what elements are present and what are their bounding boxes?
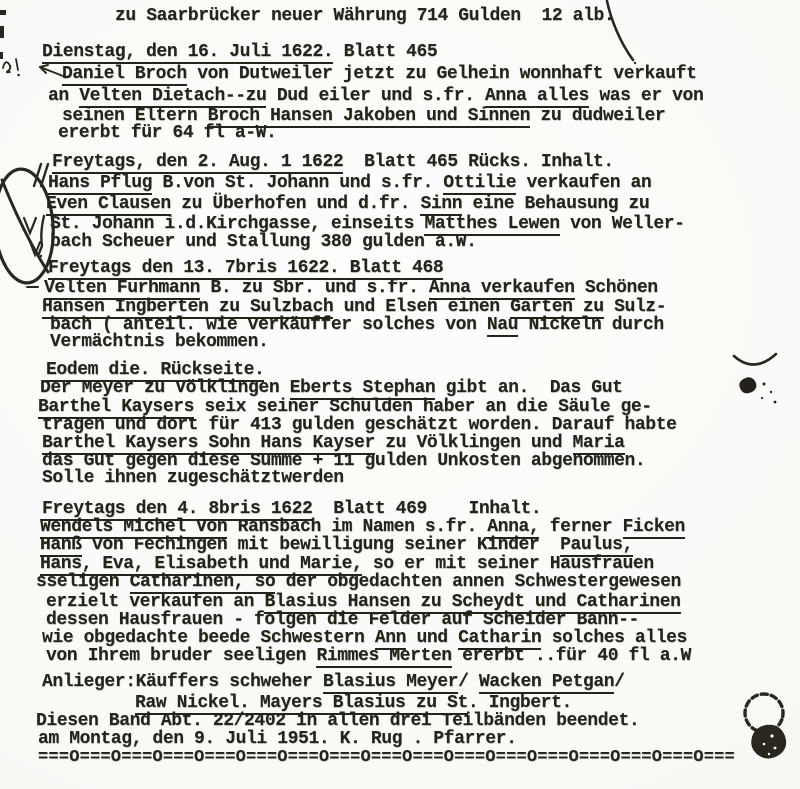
check-mark-icon [22,216,38,236]
text-line: Freytags den 13. 7bris 1622. Blatt 468 [48,258,443,280]
underlined-text: Hans Pflug [48,173,152,195]
text: Schönen [575,278,658,298]
text-line: Even Clausen zu Überhofen und d.fr. Sinn… [46,194,649,216]
text: Blatt 469 Inhalt. [312,499,541,519]
underlined-text: Freytags den 13. 7bris 1622. Blatt 468 [48,258,443,280]
underlined-text: Velten Dietach--zu [79,86,266,108]
text: wie obgedachte beede Schwestern [42,628,375,648]
text-line: Solle ihnen zugeschätztwerden [42,468,344,488]
text: von Ihrem bruder seeligen [46,646,316,666]
curved-pen-mark-icon [728,348,790,412]
text: der obgedachten annen Schwestergewesen [275,572,681,592]
text: ererbt ..für 40 fl a.W [452,646,691,666]
text: Blatt 465 Rücks. Inhalt. [343,152,613,172]
text: so er mit seiner Hausfrauen [362,554,653,574]
text: Nickeln durch [518,315,664,335]
underlined-text: Dienstag, den 16. Juli 1622. [42,42,333,64]
text: erzielt verkaufen an [46,592,264,612]
text: von Fechingen mit bewilligung seiner Kin… [82,535,560,555]
text-line: Vermächtnis bekommen. [50,332,268,352]
text-line: dessen Hausfrauen - folgen die Felder au… [46,610,639,630]
text: am Montag, den 9. Juli 1951. K. Rug . Pf… [38,729,516,749]
text: zu Saarbrücker neuer Währung 714 Gulden … [115,6,614,26]
text: B. zu Sbr. und s.fr. [200,278,429,298]
separator-line: ===O===O===O===O===O===O===O===O===O===O… [38,748,735,768]
text: ererbt für 64 fl a-W. [58,123,276,143]
text: und Elsen einen [333,297,510,317]
text-line: Hans Pflug B.von St. Johann und s.fr. Ot… [48,173,651,195]
left-edge-marks-icon [0,8,10,68]
text: B.von St. Johann und s.fr. [152,173,443,193]
text: ferner [539,517,622,537]
text: Der Meyer zu Völklingen [40,378,290,398]
underlined-text: Anna alles [485,86,589,108]
underlined-text: Rimmes Merten [316,646,451,668]
text-line: ererbt für 64 fl a-W. [58,123,276,143]
text: / [458,672,479,692]
text: und [406,628,458,648]
text-line: Dienstag, den 16. Juli 1622. Blatt 465 [42,42,437,64]
text: Diesen Band Abt. 22/2402 in allen drei T… [36,711,639,731]
text: Dud eiler und s.fr. [266,86,484,106]
text-line: Diesen Band Abt. 22/2402 in allen drei T… [36,711,639,731]
text-line: sseligen Catharinen, so der obgedachten … [36,572,681,594]
underlined-text: Nau [487,315,518,337]
text-line: bach Scheuer und Stallung 380 gulden a.W… [50,232,476,252]
text: solches alles [541,628,687,648]
text: zu Völklingen und [375,433,573,453]
text: gibt an. Das Gut [435,378,622,398]
text-line: zu Saarbrücker neuer Währung 714 Gulden … [115,6,614,26]
scanned-document-page: zu Saarbrücker neuer Währung 714 Gulden … [0,0,800,789]
underlined-text: Daniel Broch [62,64,187,86]
text-line: tragen und dort für 413 gulden geschätzt… [42,415,677,435]
underlined-text: Even Clausen [46,194,171,216]
text: von Dutweiler jetzt zu Gelhein wonnhaft … [187,64,697,84]
text: verkaufen an [516,173,651,193]
text-line: Freytags, den 2. Aug. 1 1622 Blatt 465 R… [52,152,614,174]
text-line: am Montag, den 9. Juli 1951. K. Rug . Pf… [38,729,516,749]
ink-blot-large-icon [744,722,792,770]
check-mark-icon [28,240,42,258]
text: sseligen [36,572,130,592]
text: zu dudweiler [530,106,665,126]
text: Sulz- [604,297,666,317]
text: / [614,672,624,692]
text-line: an Velten Dietach--zu Dud eiler und s.fr… [48,86,703,108]
text: Ransbach im Namen s.fr. [227,517,487,537]
text: an [48,86,79,106]
ink-blot-small [739,377,756,393]
text-line: von Ihrem bruder seeligen Rimmes Merten … [46,646,691,668]
underlined-text: Wacken Petgan [479,672,614,694]
text: seix seiner Schulden haber an die Säule … [194,397,652,417]
text: St. Johann i.d.Kirchgasse, einseits [50,214,424,234]
underlined-text: Catharinen, so [130,572,276,594]
text: ===O===O===O===O===O===O===O===O===O===O… [38,748,735,768]
underlined-text: Freytags, den 2. Aug. 1 1622 [52,152,343,174]
text: dessen Hausfrauen - folgen die Felder au… [46,610,639,630]
text: Anlieger:Käuffers schweher [42,672,323,692]
text: Solle ihnen zugeschätztwerden [42,468,344,488]
text: eine Behausung zu [462,194,649,214]
text: Blatt 465 [333,42,437,62]
underlined-text: Blasius Meyer [323,672,458,694]
text: zu Überhofen und d.fr. [171,194,421,214]
text: bach Scheuer und Stallung 380 gulden a.W… [50,232,476,252]
text: . Ingbert. [468,693,572,713]
text: tragen und dort für 413 gulden geschätzt… [42,415,677,435]
text: von Weller- [560,214,685,234]
text-line: Daniel Broch von Dutweiler jetzt zu Gelh… [62,64,697,86]
underlined-text: Ottilie [443,173,516,195]
underlined-text: Sinn [420,194,462,216]
margin-dash-icon [26,284,40,290]
text: Vermächtnis bekommen. [50,332,268,352]
text: was er von [589,86,703,106]
text-line: Anlieger:Käuffers schweher Blasius Meyer… [42,672,625,694]
